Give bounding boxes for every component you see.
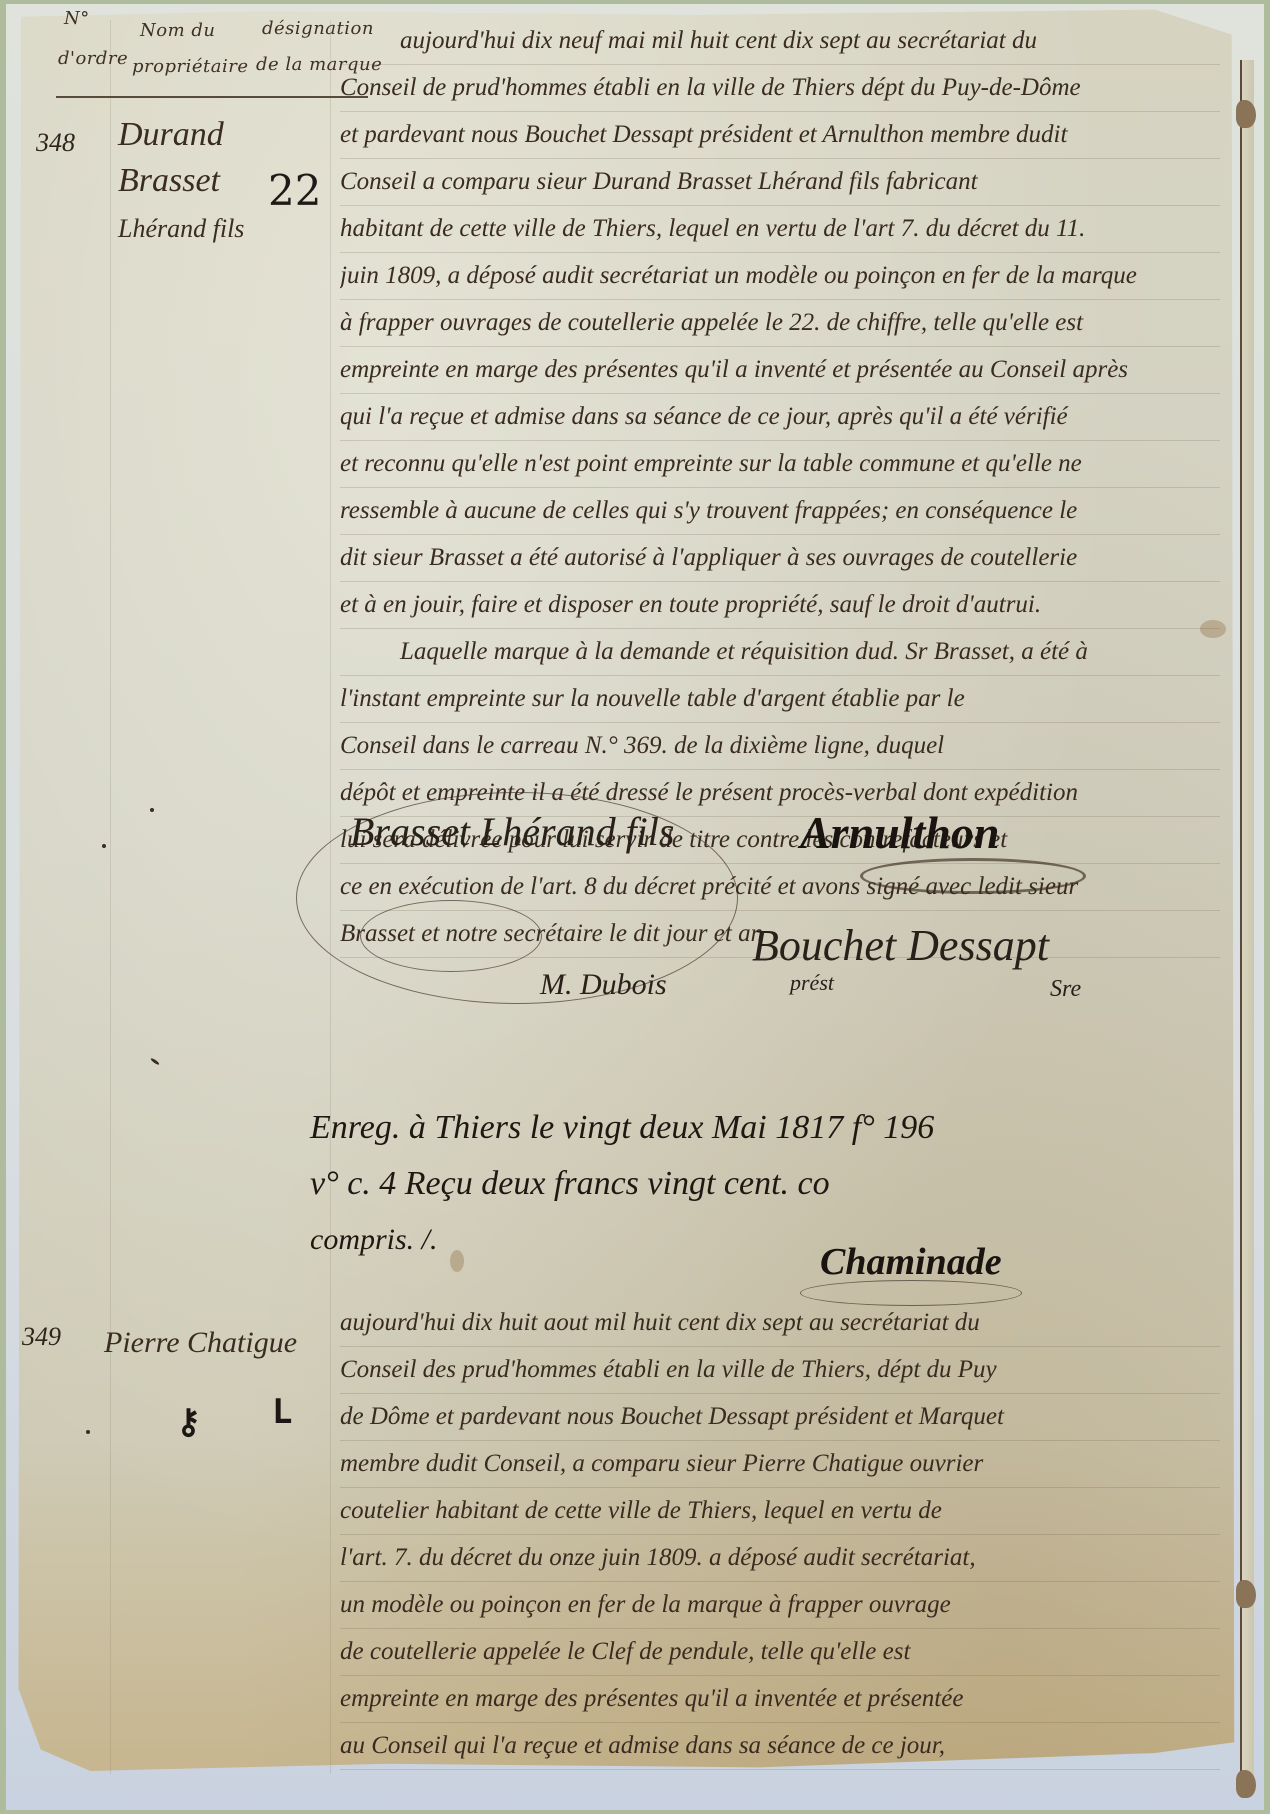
- owner-name-line2: Brasset: [118, 158, 220, 204]
- text-line: ressemble à aucune de celles qui s'y tro…: [340, 488, 1220, 535]
- signature-secretary: Sre: [1050, 976, 1081, 1003]
- text-line: empreinte en marge des présentes qu'il a…: [340, 1676, 1220, 1723]
- text-line: membre dudit Conseil, a comparu sieur Pi…: [340, 1441, 1220, 1488]
- ink-stain: [450, 1250, 464, 1272]
- header-owner-line2: propriétaire: [132, 56, 248, 77]
- binding-thread: [1236, 100, 1256, 128]
- text-line: aujourd'hui dix neuf mai mil huit cent d…: [340, 18, 1220, 65]
- text-line: empreinte en marge des présentes qu'il a…: [340, 347, 1220, 394]
- signature-flourish: [860, 858, 1086, 894]
- text-line: et pardevant nous Bouchet Dessapt présid…: [340, 112, 1220, 159]
- text-line: de Dôme et pardevant nous Bouchet Dessap…: [340, 1394, 1220, 1441]
- paper-speck: [102, 844, 106, 848]
- header-owner-line1: Nom du: [140, 20, 216, 41]
- text-line: de coutellerie appelée le Clef de pendul…: [340, 1629, 1220, 1676]
- header-number-line1: N°: [64, 8, 90, 29]
- owner-name-line1: Durand: [118, 112, 224, 158]
- text-line: aujourd'hui dix huit aout mil huit cent …: [340, 1300, 1220, 1347]
- text-line: et à en jouir, faire et disposer en tout…: [340, 582, 1220, 629]
- text-line: au Conseil qui l'a reçue et admise dans …: [340, 1723, 1220, 1770]
- registration-line: compris. /.: [310, 1212, 1230, 1268]
- signature-bouchet-dessapt: Bouchet Dessapt: [752, 920, 1049, 971]
- text-line: coutelier habitant de cette ville de Thi…: [340, 1488, 1220, 1535]
- registration-line: v° c. 4 Reçu deux francs vingt cent. co: [310, 1156, 1230, 1212]
- signature-arnulthon: Arnulthon: [800, 806, 999, 859]
- text-line: habitant de cette ville de Thiers, leque…: [340, 206, 1220, 253]
- registration-line: Enreg. à Thiers le vingt deux Mai 1817 f…: [310, 1100, 1230, 1156]
- mark-clock-key-glyph: L: [272, 1392, 292, 1432]
- text-line: à frapper ouvrages de coutellerie appelé…: [340, 300, 1220, 347]
- column-rule: [110, 20, 111, 1774]
- header-rule: [56, 96, 368, 98]
- signature-flourish: [360, 900, 542, 972]
- owner-name-line3: Lhérand fils: [118, 206, 244, 252]
- paper-speck: [86, 1430, 90, 1434]
- text-line: dit sieur Brasset a été autorisé à l'app…: [340, 535, 1220, 582]
- text-line: Conseil dans le carreau N.° 369. de la d…: [340, 723, 1220, 770]
- binding-thread: [1236, 1580, 1256, 1608]
- entry-349-text: aujourd'hui dix huit aout mil huit cent …: [340, 1300, 1220, 1770]
- text-line: juin 1809, a déposé audit secrétariat un…: [340, 253, 1220, 300]
- text-line: Conseil de prud'hommes établi en la vill…: [340, 65, 1220, 112]
- text-line: et reconnu qu'elle n'est point empreinte…: [340, 441, 1220, 488]
- ink-stain: [1200, 620, 1226, 638]
- binding-thread: [1236, 1770, 1256, 1798]
- registration-note: Enreg. à Thiers le vingt deux Mai 1817 f…: [310, 1100, 1230, 1268]
- signature-brasset: Brasset Lhérand fils: [350, 808, 674, 855]
- signature-title-president: prést: [790, 970, 834, 996]
- text-line: Conseil a comparu sieur Durand Brasset L…: [340, 159, 1220, 206]
- text-line: un modèle ou poinçon en fer de la marque…: [340, 1582, 1220, 1629]
- entry-number: 349: [22, 1322, 61, 1352]
- text-line: Conseil des prud'hommes établi en la vil…: [340, 1347, 1220, 1394]
- text-line: l'instant empreinte sur la nouvelle tabl…: [340, 676, 1220, 723]
- page-binding-edge: [1240, 60, 1254, 1780]
- text-line: l'art. 7. du décret du onze juin 1809. a…: [340, 1535, 1220, 1582]
- signature-registrar: Chaminade: [820, 1240, 1002, 1284]
- signature-dubois: M. Dubois: [540, 968, 667, 1002]
- entry-number: 348: [36, 128, 75, 158]
- owner-name: Pierre Chatigue: [104, 1320, 297, 1366]
- text-line: qui l'a reçue et admise dans sa séance d…: [340, 394, 1220, 441]
- paper-speck: [150, 808, 154, 812]
- mark-stamp-22: 22: [268, 166, 321, 215]
- mark-key-glyph: ⚷: [176, 1402, 201, 1442]
- text-line: Laquelle marque à la demande et réquisit…: [340, 629, 1220, 676]
- header-number-line2: d'ordre: [58, 48, 128, 69]
